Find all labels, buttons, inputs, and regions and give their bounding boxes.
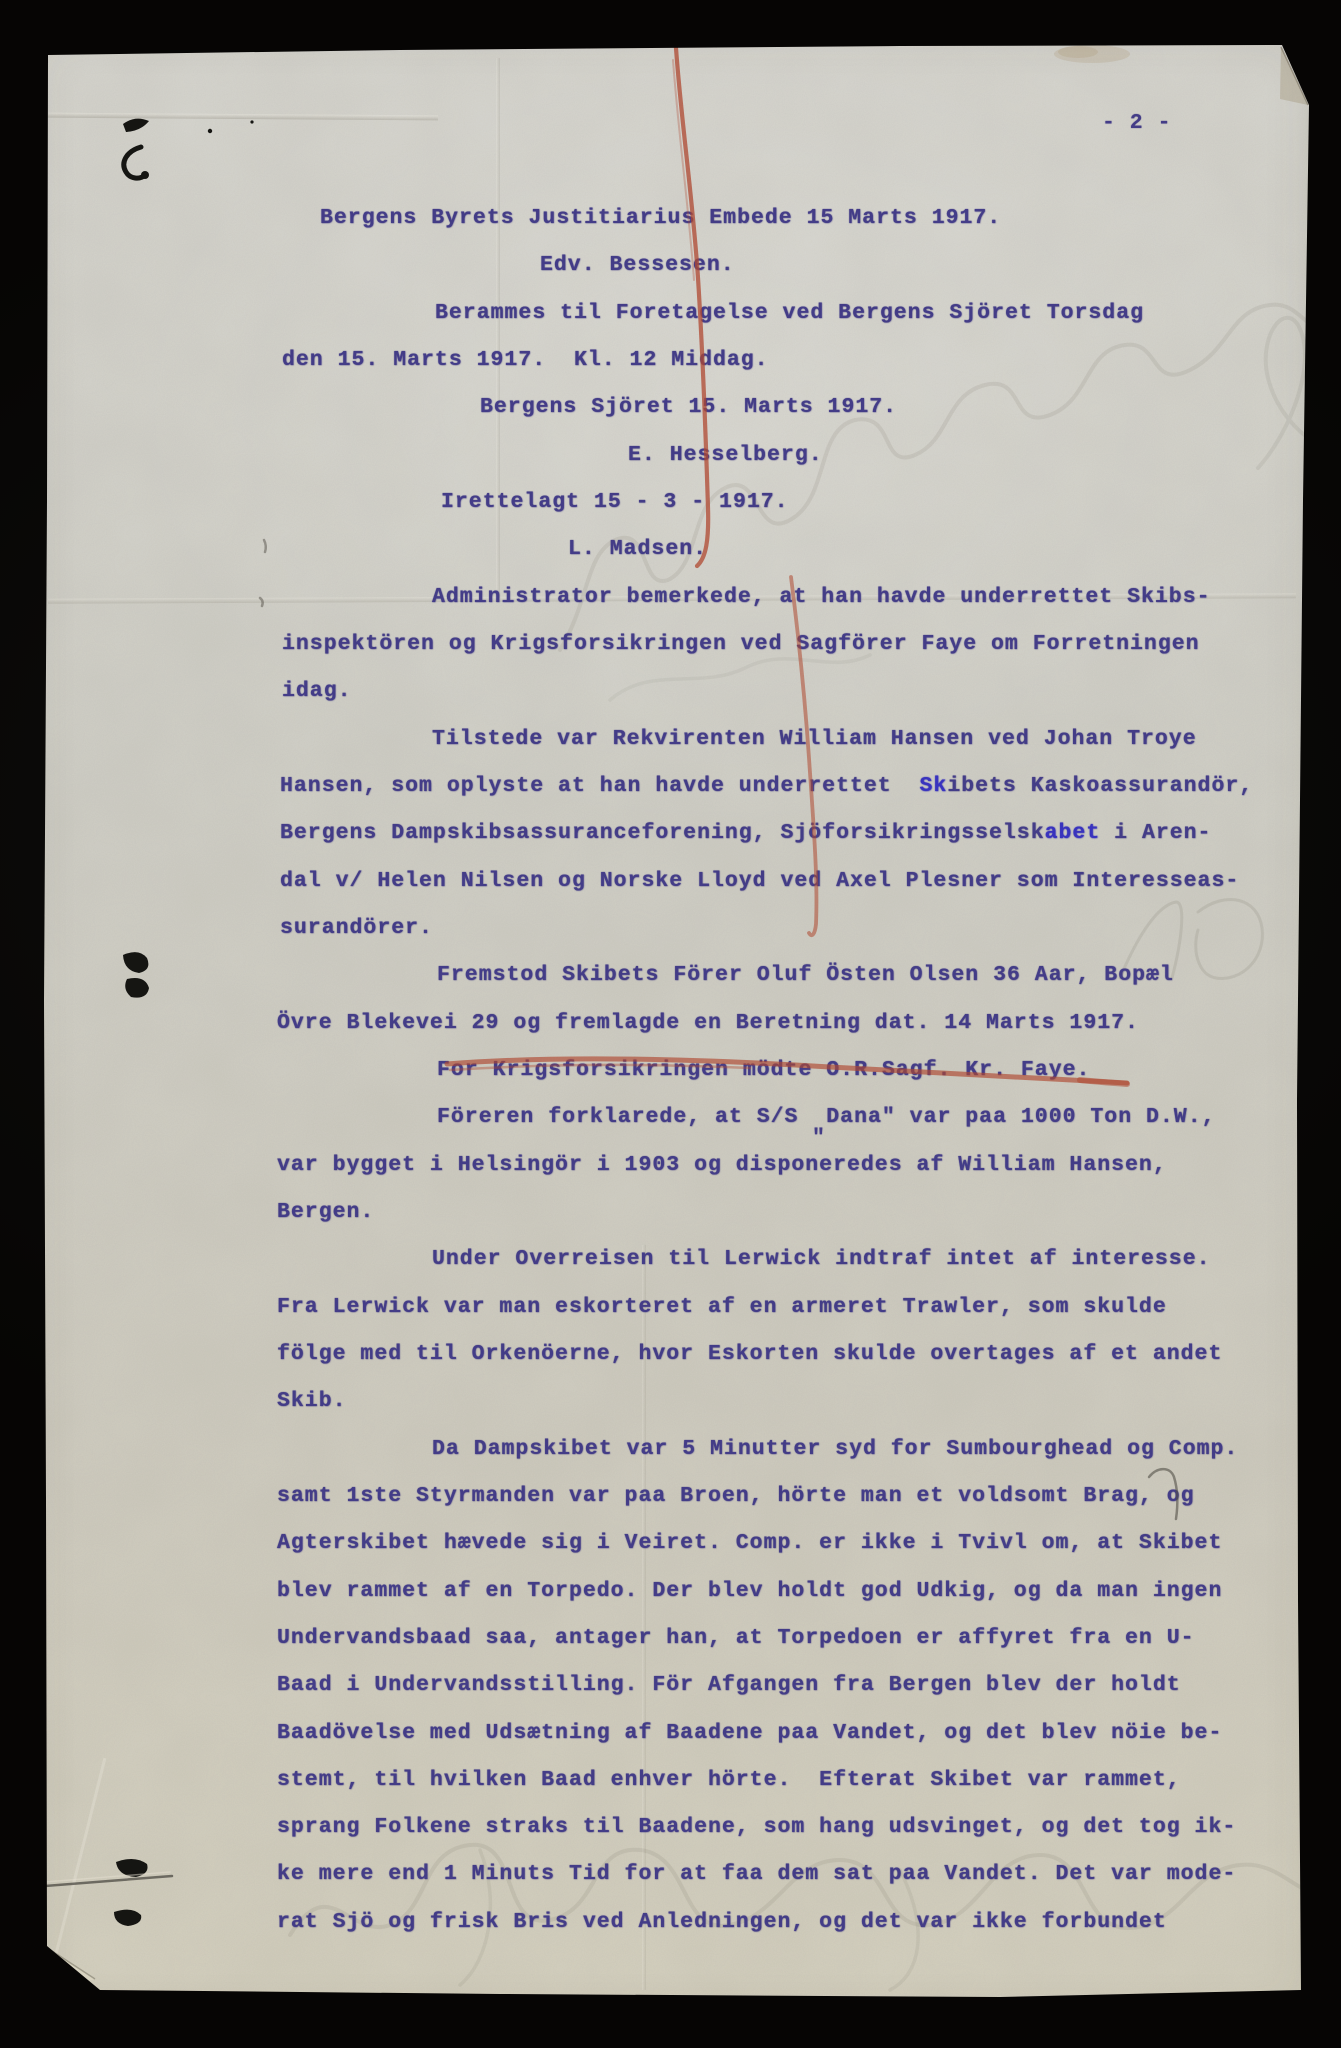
- typed-line: Övre Blekevei 29 og fremlagde en Beretni…: [277, 1000, 1253, 1047]
- typed-line: E. Hesselberg.: [277, 432, 1253, 479]
- document-scan: Bergens Byrets Justitiarius Embede 15 Ma…: [0, 0, 1341, 2048]
- typed-line: Irettelagt 15 - 3 - 1917.: [277, 479, 1253, 526]
- typed-segment: E. Hesselberg.: [628, 443, 823, 467]
- typed-line: stemt, til hvilken Baad enhver hörte. Ef…: [277, 1757, 1253, 1804]
- typed-line: surandörer.: [277, 905, 1253, 952]
- typed-segment: Föreren forklarede, at S/S Dana" var paa…: [437, 1105, 1216, 1129]
- typed-line: sprang Folkene straks til Baadene, som h…: [277, 1804, 1253, 1851]
- typed-segment: Övre Blekevei 29 og fremlagde en Beretni…: [277, 1011, 1139, 1035]
- typed-segment: dal v/ Helen Nilsen og Norske Lloyd ved …: [280, 869, 1239, 893]
- typed-text-block: Bergens Byrets Justitiarius Embede 15 Ma…: [277, 195, 1253, 1946]
- typed-segment: Edv. Bessesen.: [540, 253, 735, 277]
- typed-line: Bergens Dampskibsassuranceforening, Sjöf…: [277, 810, 1253, 857]
- typed-line: Baadövelse med Udsætning af Baadene paa …: [277, 1710, 1253, 1757]
- typed-line: Fremstod Skibets Förer Oluf Östen Olsen …: [277, 952, 1253, 999]
- typed-line: Bergens Sjöret 15. Marts 1917.: [277, 384, 1253, 431]
- typed-line: Berammes til Foretagelse ved Bergens Sjö…: [277, 290, 1253, 337]
- typed-segment: Bergens Dampskibsassuranceforening, Sjöf…: [280, 821, 1045, 845]
- typed-line: dal v/ Helen Nilsen og Norske Lloyd ved …: [277, 858, 1253, 905]
- typed-segment: stemt, til hvilken Baad enhver hörte. Ef…: [277, 1768, 1181, 1792]
- black-ink-blotches: [114, 119, 254, 1926]
- typed-line: fölge med til Orkenöerne, hvor Eskorten …: [277, 1331, 1253, 1378]
- typed-segment: ke mere end 1 Minuts Tid for at faa dem …: [277, 1862, 1236, 1886]
- typed-segment: Da Dampskibet var 5 Minutter syd for Sum…: [432, 1437, 1238, 1461]
- typed-segment: idag.: [282, 679, 352, 703]
- typed-segment-fresh-ink: Sk: [920, 774, 948, 798]
- typed-line: Under Overreisen til Lerwick indtraf int…: [277, 1236, 1253, 1283]
- typed-segment: For Krigsforsikringen mödte O.R.Sagf. Kr…: [437, 1058, 1090, 1082]
- typed-segment: Agterskibet hævede sig i Veiret. Comp. e…: [277, 1531, 1222, 1555]
- typed-line: Föreren forklarede, at S/S Dana" var paa…: [277, 1094, 1253, 1141]
- typed-segment: Under Overreisen til Lerwick indtraf int…: [432, 1247, 1211, 1271]
- typed-segment: Administrator bemerkede, at han havde un…: [432, 585, 1211, 609]
- typed-line: Fra Lerwick var man eskorteret af en arm…: [277, 1284, 1253, 1331]
- typed-segment: Baad i Undervandsstilling. För Afgangen …: [277, 1673, 1181, 1697]
- typed-segment: Fra Lerwick var man eskorteret af en arm…: [277, 1295, 1167, 1319]
- typed-line: Bergen.: [277, 1189, 1253, 1236]
- paper-sheet: Bergens Byrets Justitiarius Embede 15 Ma…: [0, 0, 1341, 2048]
- typed-line: rat Sjö og frisk Bris ved Anledningen, o…: [277, 1899, 1253, 1946]
- typed-line: blev rammet af en Torpedo. Der blev hold…: [277, 1568, 1253, 1615]
- typed-segment: surandörer.: [280, 916, 433, 940]
- typed-segment: Irettelagt 15 - 3 - 1917.: [441, 490, 789, 514]
- typed-line: den 15. Marts 1917. Kl. 12 Middag.: [277, 337, 1253, 384]
- typed-line: Edv. Bessesen.: [277, 242, 1253, 289]
- paper-crease: [48, 113, 438, 121]
- typed-segment: Fremstod Skibets Förer Oluf Östen Olsen …: [437, 963, 1174, 987]
- typed-line: inspektören og Krigsforsikringen ved Sag…: [277, 621, 1253, 668]
- typed-segment: i Aren-: [1100, 821, 1211, 845]
- page-number: - 2 -: [1102, 111, 1172, 135]
- inserted-quote-mark: ": [812, 1126, 825, 1150]
- typed-segment: sprang Folkene straks til Baadene, som h…: [277, 1815, 1236, 1839]
- typed-line: Da Dampskibet var 5 Minutter syd for Sum…: [277, 1426, 1253, 1473]
- typed-line: Bergens Byrets Justitiarius Embede 15 Ma…: [277, 195, 1253, 242]
- typed-line: samt 1ste Styrmanden var paa Broen, hört…: [277, 1473, 1253, 1520]
- typed-segment: rat Sjö og frisk Bris ved Anledningen, o…: [277, 1910, 1167, 1934]
- typed-segment: Bergen.: [277, 1200, 374, 1224]
- typed-line: For Krigsforsikringen mödte O.R.Sagf. Kr…: [277, 1047, 1253, 1094]
- typed-segment: blev rammet af en Torpedo. Der blev hold…: [277, 1579, 1222, 1603]
- typed-segment-fresh-ink: abet: [1045, 821, 1101, 845]
- typed-segment: den 15. Marts 1917. Kl. 12 Middag.: [282, 348, 769, 372]
- typed-segment: Berammes til Foretagelse ved Bergens Sjö…: [435, 301, 1144, 325]
- typed-line: Undervandsbaad saa, antager han, at Torp…: [277, 1615, 1253, 1662]
- top-edge-stain: [1054, 45, 1130, 63]
- typed-segment: Hansen, som oplyste at han havde underre…: [280, 774, 920, 798]
- typed-line: Administrator bemerkede, at han havde un…: [277, 574, 1253, 621]
- typed-segment: samt 1ste Styrmanden var paa Broen, hört…: [277, 1484, 1195, 1508]
- typed-line: Baad i Undervandsstilling. För Afgangen …: [277, 1662, 1253, 1709]
- typed-segment: Skib.: [277, 1389, 347, 1413]
- typed-segment: fölge med til Orkenöerne, hvor Eskorten …: [277, 1342, 1222, 1366]
- paper-crease: [53, 1758, 107, 1962]
- typed-line: idag.: [277, 668, 1253, 715]
- typed-line: Agterskibet hævede sig i Veiret. Comp. e…: [277, 1520, 1253, 1567]
- typed-line: L. Madsen.: [277, 526, 1253, 573]
- typed-segment: inspektören og Krigsforsikringen ved Sag…: [282, 632, 1200, 656]
- typed-segment: L. Madsen.: [568, 537, 707, 561]
- typed-line: ke mere end 1 Minuts Tid for at faa dem …: [277, 1851, 1253, 1898]
- typed-segment: Tilstede var Rekvirenten William Hansen …: [432, 727, 1197, 751]
- typed-segment: Bergens Byrets Justitiarius Embede 15 Ma…: [320, 206, 1001, 230]
- typed-segment: Undervandsbaad saa, antager han, at Torp…: [277, 1626, 1195, 1650]
- typed-segment: var bygget i Helsingör i 1903 og dispone…: [277, 1153, 1167, 1177]
- typed-segment: Baadövelse med Udsætning af Baadene paa …: [277, 1721, 1222, 1745]
- typed-line: var bygget i Helsingör i 1903 og dispone…: [277, 1142, 1253, 1189]
- paper-tear: [45, 1872, 172, 1886]
- typed-segment: ibets Kaskoassurandör,: [947, 774, 1253, 798]
- typed-line: Tilstede var Rekvirenten William Hansen …: [277, 716, 1253, 763]
- typed-line: Skib.: [277, 1378, 1253, 1425]
- typed-segment: Bergens Sjöret 15. Marts 1917.: [480, 395, 897, 419]
- typed-line: Hansen, som oplyste at han havde underre…: [277, 763, 1253, 810]
